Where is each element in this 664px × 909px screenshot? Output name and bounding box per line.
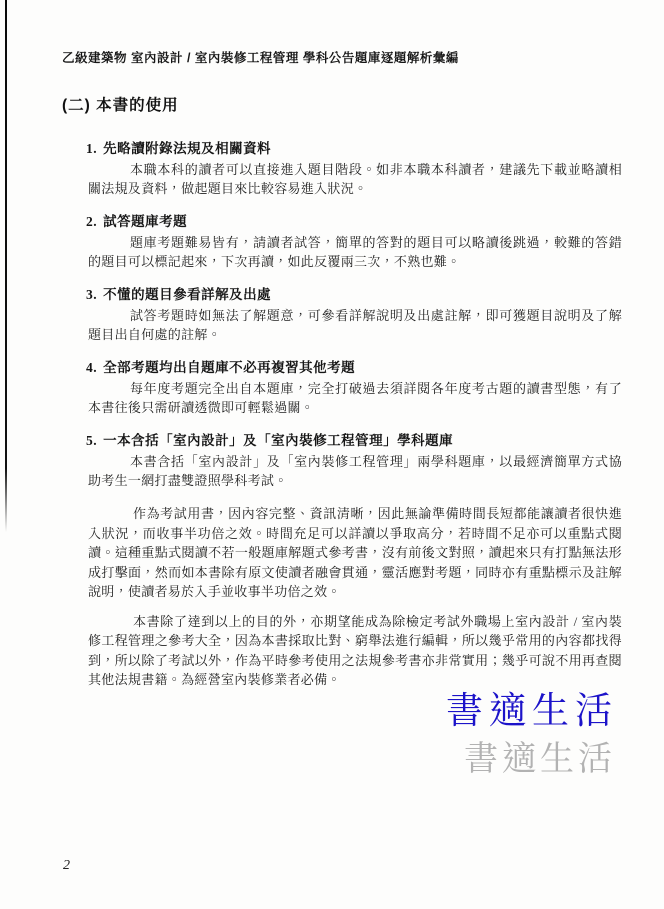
page-spine-line [5, 0, 7, 532]
item-body: 本職本科的讀者可以直接進入題目階段。如非本職本科讀者，建議先下載並略讀相關法規及… [88, 160, 622, 198]
item-heading: 先略讀附錄法規及相關資料 [103, 141, 271, 156]
item-heading: 不懂的題目參看詳解及出處 [103, 287, 271, 302]
closing-paragraph-2: 本書除了達到以上的目的外，亦期望能成為除檢定考試外職場上室內設計 / 室內裝修工… [88, 612, 622, 690]
item-body: 試答考題時如無法了解題意，可參看詳解說明及出處註解，即可獲題目說明及了解題目出自… [88, 306, 622, 344]
section-title: (二) 本書的使用 [62, 93, 622, 115]
list-item: 1.先略讀附錄法規及相關資料 本職本科的讀者可以直接進入題目階段。如非本職本科讀… [86, 139, 622, 198]
page-number: 2 [63, 858, 70, 874]
watermark-gray: 書適生活 [464, 731, 616, 780]
running-header: 乙級建築物 室內設計 / 室內裝修工程管理 學科公告題庫逐題解析彙編 [62, 48, 622, 66]
item-body: 每年度考題完全出自本題庫，完全打破過去須詳閱各年度考古題的讀書型態，有了本書往後… [88, 379, 622, 417]
list-item: 2.試答題庫考題 題庫考題難易皆有，請讀者試答，簡單的答對的題目可以略讀後跳過，… [86, 212, 622, 271]
item-number: 3. [86, 285, 97, 304]
page-content: 乙級建築物 室內設計 / 室內裝修工程管理 學科公告題庫逐題解析彙編 (二) 本… [62, 48, 622, 690]
closing-paragraph-1: 作為考試用書，因內容完整、資訊清晰，因此無論準備時間長短都能讓讀者很快進入狀況，… [88, 504, 622, 602]
list-item: 5.一本含括「室內設計」及「室內裝修工程管理」學科題庫 本書含括「室內設計」及「… [86, 431, 622, 490]
item-heading: 試答題庫考題 [103, 214, 187, 229]
item-body: 本書含括「室內設計」及「室內裝修工程管理」兩學科題庫，以最經濟簡單方式協助考生一… [88, 452, 622, 490]
list-item: 3.不懂的題目參看詳解及出處 試答考題時如無法了解題意，可參看詳解說明及出處註解… [86, 285, 622, 344]
item-number: 1. [86, 139, 97, 158]
list-item: 4.全部考題均出自題庫不必再複習其他考題 每年度考題完全出自本題庫，完全打破過去… [86, 358, 622, 417]
watermark-blue: 書適生活 [446, 680, 618, 734]
item-number: 4. [86, 358, 97, 377]
item-number: 5. [86, 431, 97, 450]
item-number: 2. [86, 212, 97, 231]
item-body: 題庫考題難易皆有，請讀者試答，簡單的答對的題目可以略讀後跳過，較難的答錯的題目可… [88, 233, 622, 271]
item-heading: 全部考題均出自題庫不必再複習其他考題 [103, 360, 355, 375]
item-heading: 一本含括「室內設計」及「室內裝修工程管理」學科題庫 [103, 433, 453, 448]
